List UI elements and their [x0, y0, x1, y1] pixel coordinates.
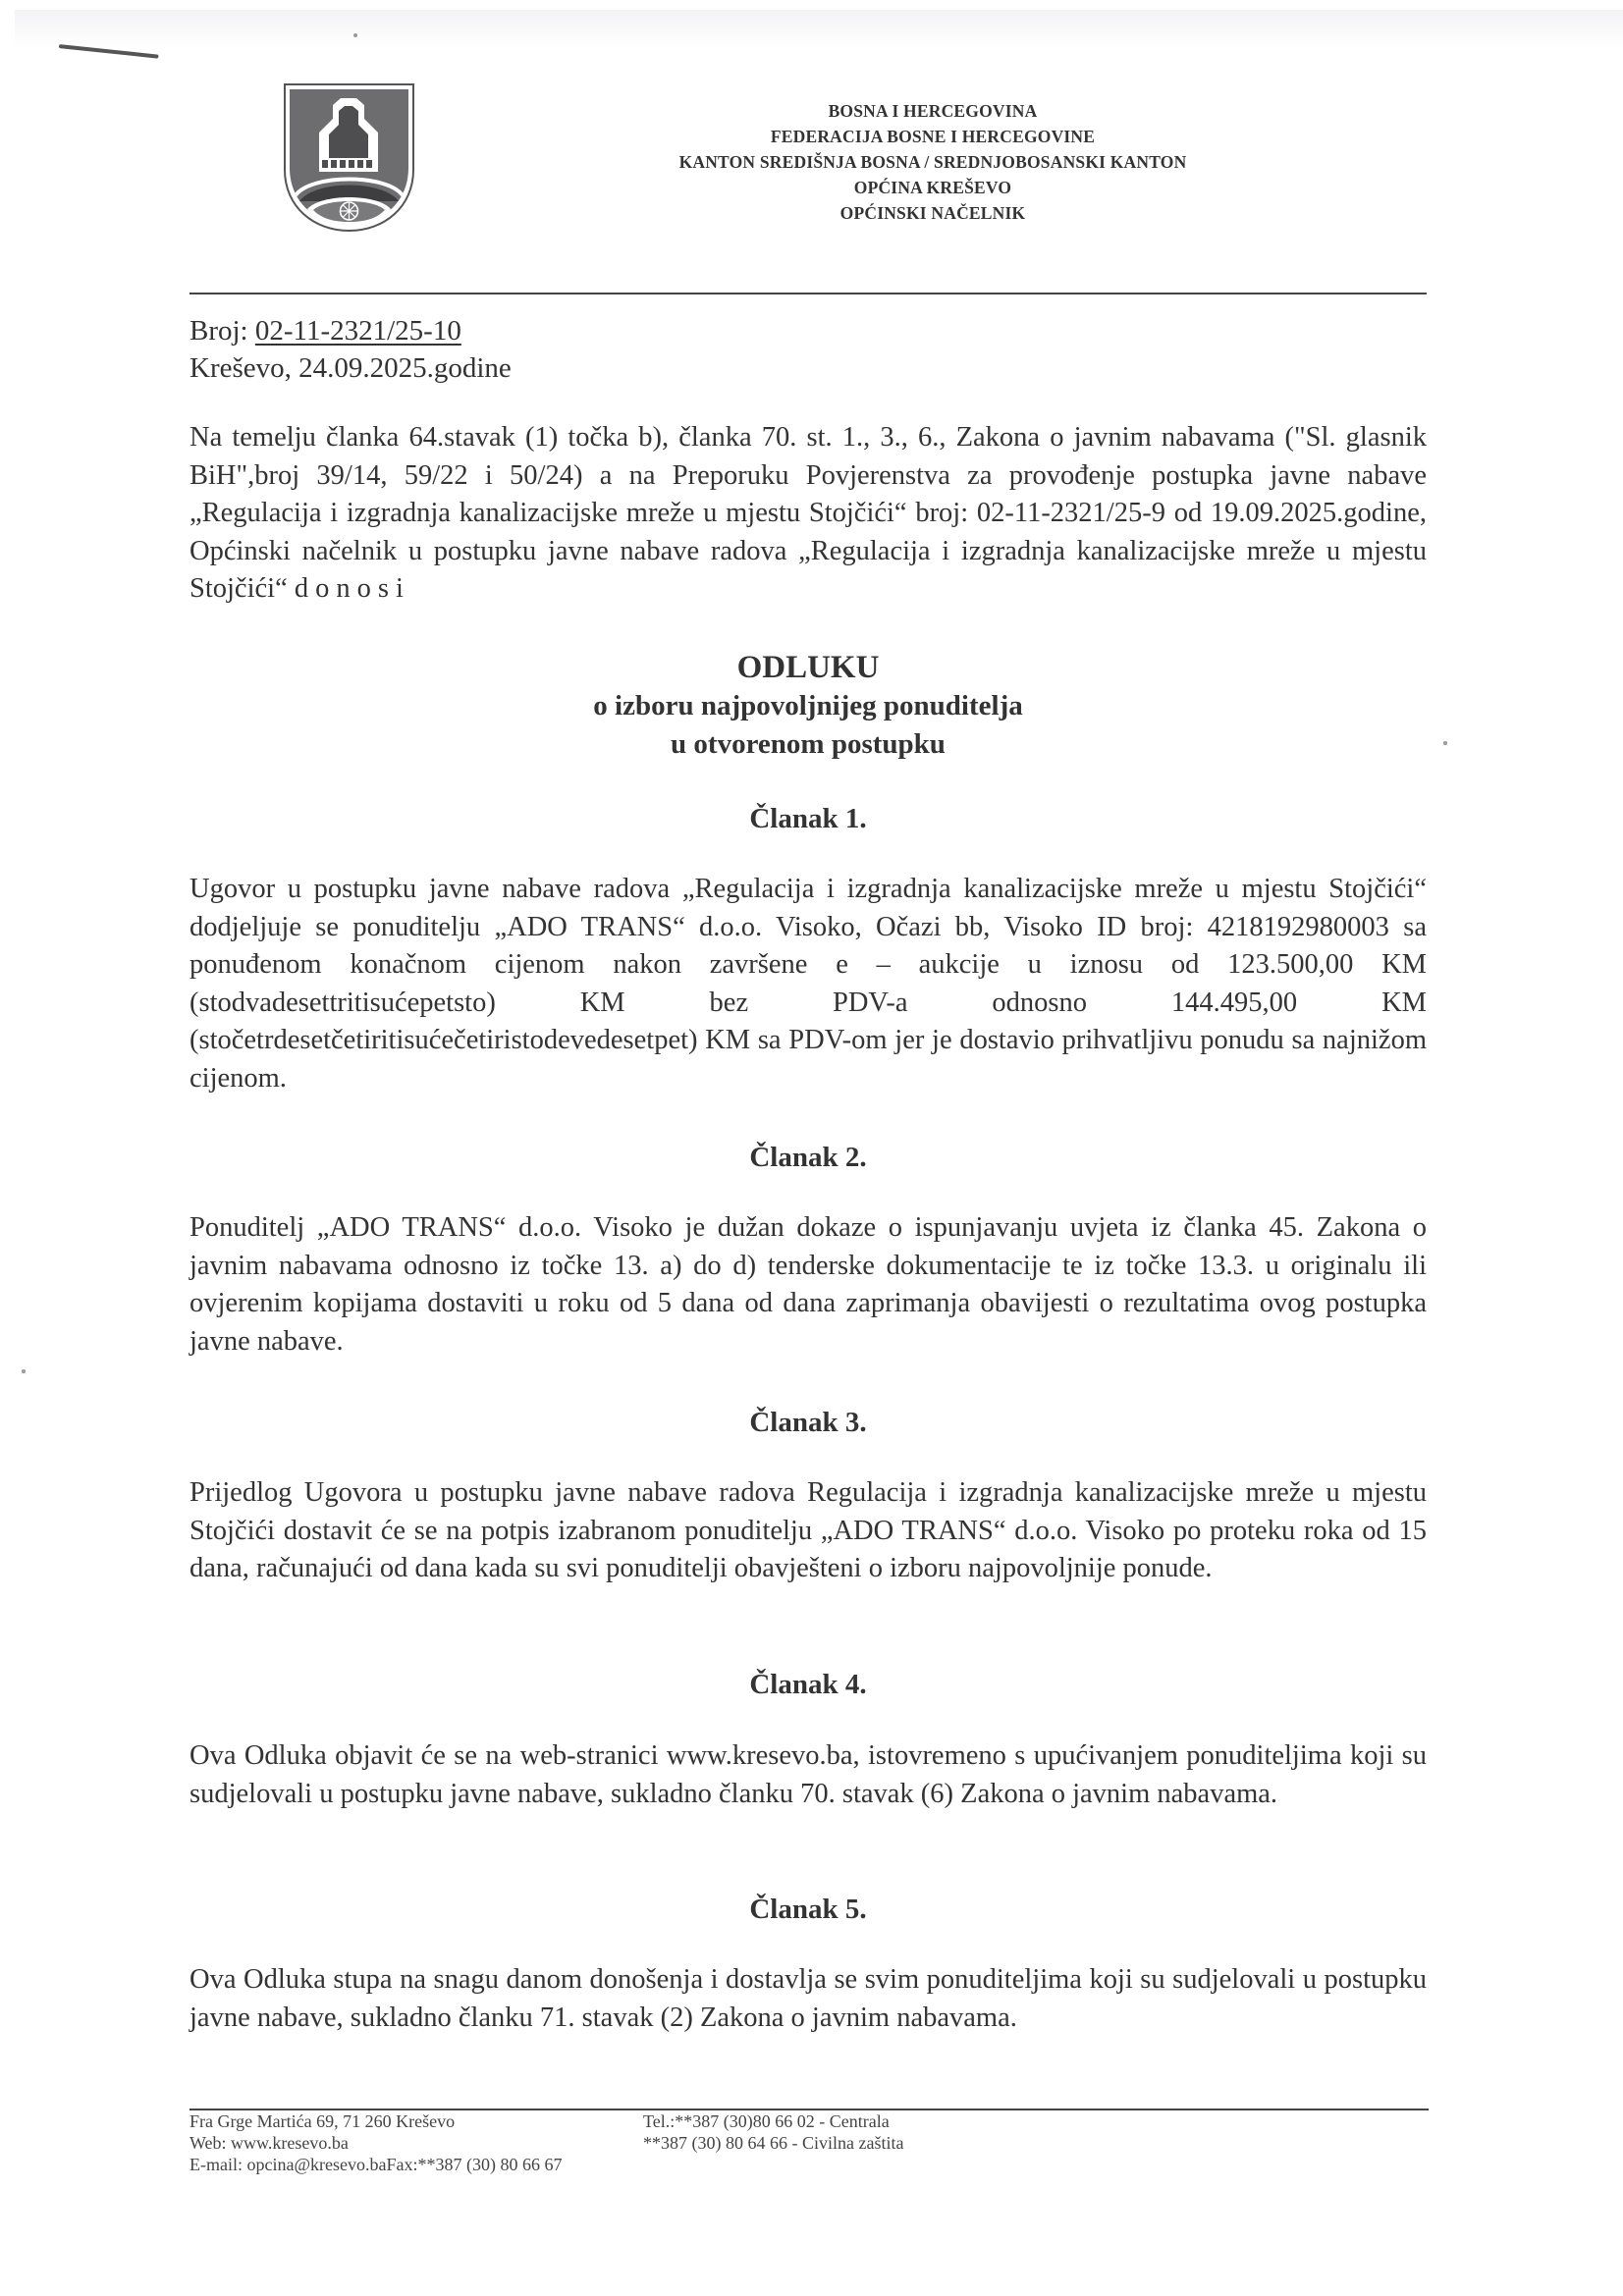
footer-tel-civil: **387 (30) 80 64 66 - Civilna zaštita: [643, 2132, 903, 2154]
footer-contact-right: Tel.:**387 (30)80 66 02 - Centrala **387…: [643, 2110, 903, 2154]
article-4-text: Ova Odluka objavit će se na web-stranici…: [189, 1737, 1427, 1813]
place-date: Kreševo, 24.09.2025.godine: [189, 349, 512, 387]
footer-web: Web: www.kresevo.ba: [189, 2132, 563, 2154]
header-divider: [189, 293, 1427, 294]
scan-speck: [22, 1369, 26, 1373]
article-5-text: Ova Odluka stupa na snagu danom donošenj…: [189, 1961, 1427, 2037]
decision-subtitle-line-1: o izboru najpovoljnijeg ponuditelja: [189, 687, 1427, 725]
letterhead-office: OPĆINSKI NAČELNIK: [550, 200, 1316, 226]
reference-label: Broj:: [189, 315, 255, 347]
document-meta: Broj: 02-11-2321/25-10 Kreševo, 24.09.20…: [189, 312, 512, 387]
letterhead-entity: FEDERACIJA BOSNE I HERCEGOVINE: [550, 124, 1316, 149]
footer-email-fax: E-mail: opcina@kresevo.baFax:**387 (30) …: [189, 2154, 563, 2175]
article-3-text: Prijedlog Ugovora u postupku javne nabav…: [189, 1474, 1427, 1588]
article-1-heading: Članak 1.: [189, 800, 1427, 837]
municipality-crest-icon: [282, 81, 416, 234]
reference-value: 02-11-2321/25-10: [255, 315, 461, 347]
letterhead-canton: KANTON SREDIŠNJA BOSNA / SREDNJOBOSANSKI…: [550, 149, 1316, 175]
footer-contact-left: Fra Grge Martića 69, 71 260 Kreševo Web:…: [189, 2110, 563, 2175]
article-1-text: Ugovor u postupku javne nabave radova „R…: [189, 871, 1427, 1097]
decision-subtitle-line-2: u otvorenom postupku: [189, 725, 1427, 764]
intro-paragraph: Na temelju članka 64.stavak (1) točka b)…: [189, 419, 1427, 609]
article-2-text: Ponuditelj „ADO TRANS“ d.o.o. Visoko je …: [189, 1209, 1427, 1361]
letterhead-country: BOSNA I HERCEGOVINA: [550, 98, 1316, 124]
reference-number: Broj: 02-11-2321/25-10: [189, 312, 512, 349]
intro-donosi: donosi: [295, 573, 410, 604]
letterhead: BOSNA I HERCEGOVINA FEDERACIJA BOSNE I H…: [550, 98, 1316, 226]
decision-title: ODLUKU: [189, 648, 1427, 687]
scan-speck: [1443, 741, 1447, 745]
letterhead-municipality: OPĆINA KREŠEVO: [550, 175, 1316, 200]
article-2-heading: Članak 2.: [189, 1139, 1427, 1176]
footer-tel-central: Tel.:**387 (30)80 66 02 - Centrala: [643, 2110, 903, 2132]
article-3-heading: Članak 3.: [189, 1404, 1427, 1441]
article-4-heading: Članak 4.: [189, 1666, 1427, 1703]
scan-speck: [353, 33, 357, 37]
footer-address: Fra Grge Martića 69, 71 260 Kreševo: [189, 2110, 563, 2132]
article-5-heading: Članak 5.: [189, 1891, 1427, 1928]
decision-subtitle: o izboru najpovoljnijeg ponuditelja u ot…: [189, 687, 1427, 764]
